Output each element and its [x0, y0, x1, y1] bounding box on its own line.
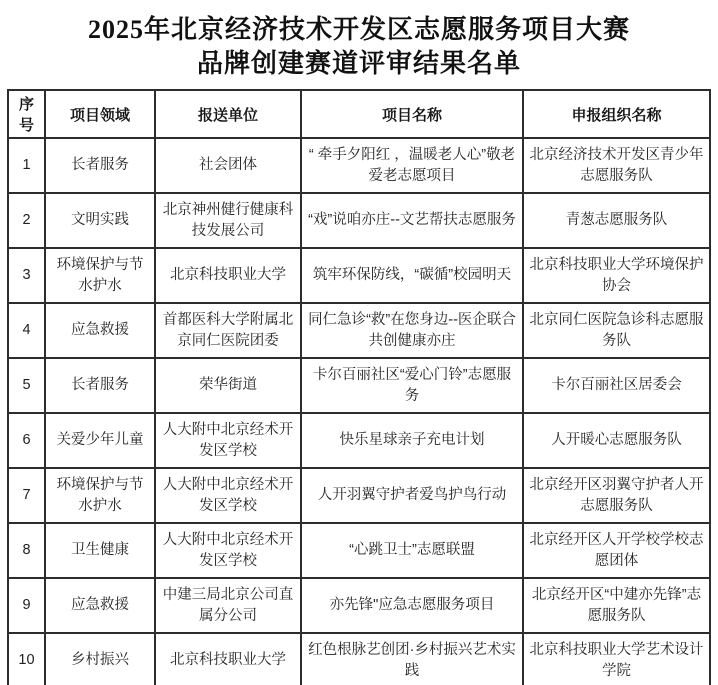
cell-submitting-unit: 北京科技职业大学 — [155, 633, 301, 685]
cell-applicant-org-name: 北京经开区“中建亦先锋”志愿服务队 — [523, 578, 710, 633]
cell-serial-number: 8 — [8, 523, 45, 578]
header-applicant-org-name: 申报组织名称 — [523, 90, 710, 138]
cell-serial-number: 5 — [8, 358, 45, 413]
results-table: 序号 项目领域 报送单位 项目名称 申报组织名称 1长者服务社会团体“ 牵手夕阳… — [7, 89, 711, 685]
cell-project-field: 环境保护与节水护水 — [45, 468, 155, 523]
cell-project-field: 应急救援 — [45, 578, 155, 633]
cell-submitting-unit: 人大附中北京经术开发区学校 — [155, 523, 301, 578]
table-row: 3环境保护与节水护水北京科技职业大学筑牢环保防线，“碳循”校园明天北京科技职业大… — [8, 248, 710, 303]
header-submitting-unit: 报送单位 — [155, 90, 301, 138]
cell-applicant-org-name: 青葱志愿服务队 — [523, 193, 710, 248]
cell-applicant-org-name: 北京经开区人开学校学校志愿团体 — [523, 523, 710, 578]
table-row: 4应急救援首都医科大学附属北京同仁医院团委同仁急诊“救”在您身边--医企联合 共… — [8, 303, 710, 358]
cell-project-field: 关爱少年儿童 — [45, 413, 155, 468]
table-body: 1长者服务社会团体“ 牵手夕阳红 ，温暖老人心”敬老爱老志愿项目北京经济技术开发… — [8, 138, 710, 685]
cell-serial-number: 6 — [8, 413, 45, 468]
cell-applicant-org-name: 北京科技职业大学环境保护协会 — [523, 248, 710, 303]
cell-applicant-org-name: 北京同仁医院急诊科志愿服务队 — [523, 303, 710, 358]
cell-project-field: 环境保护与节水护水 — [45, 248, 155, 303]
cell-project-name: 同仁急诊“救”在您身边--医企联合 共创健康亦庄 — [301, 303, 523, 358]
cell-project-name: 亦先锋"应急志愿服务项目 — [301, 578, 523, 633]
cell-project-name: “心跳卫士”志愿联盟 — [301, 523, 523, 578]
cell-serial-number: 9 — [8, 578, 45, 633]
header-serial-number: 序号 — [8, 90, 45, 138]
cell-applicant-org-name: 北京经济技术开发区青少年志愿服务队 — [523, 138, 710, 193]
table-row: 10乡村振兴北京科技职业大学红色根脉艺创团·乡村振兴艺术实践北京科技职业大学艺术… — [8, 633, 710, 685]
table-header-row: 序号 项目领域 报送单位 项目名称 申报组织名称 — [8, 90, 710, 138]
cell-project-field: 文明实践 — [45, 193, 155, 248]
header-project-field: 项目领域 — [45, 90, 155, 138]
cell-serial-number: 3 — [8, 248, 45, 303]
cell-submitting-unit: 荣华街道 — [155, 358, 301, 413]
cell-applicant-org-name: 人开暖心志愿服务队 — [523, 413, 710, 468]
cell-submitting-unit: 首都医科大学附属北京同仁医院团委 — [155, 303, 301, 358]
cell-applicant-org-name: 卡尔百丽社区居委会 — [523, 358, 710, 413]
cell-submitting-unit: 人大附中北京经术开发区学校 — [155, 413, 301, 468]
cell-project-name: 人开羽翼守护者爱鸟护鸟行动 — [301, 468, 523, 523]
cell-submitting-unit: 中建三局北京公司直属分公司 — [155, 578, 301, 633]
cell-applicant-org-name: 北京科技职业大学艺术设计学院 — [523, 633, 710, 685]
cell-project-name: 红色根脉艺创团·乡村振兴艺术实践 — [301, 633, 523, 685]
table-row: 2文明实践北京神州健行健康科技发展公司“戏”说咱亦庄--文艺帮扶志愿服务青葱志愿… — [8, 193, 710, 248]
cell-serial-number: 2 — [8, 193, 45, 248]
table-row: 1长者服务社会团体“ 牵手夕阳红 ，温暖老人心”敬老爱老志愿项目北京经济技术开发… — [8, 138, 710, 193]
cell-serial-number: 7 — [8, 468, 45, 523]
cell-serial-number: 1 — [8, 138, 45, 193]
cell-project-name: 快乐星球亲子充电计划 — [301, 413, 523, 468]
cell-serial-number: 10 — [8, 633, 45, 685]
cell-submitting-unit: 北京神州健行健康科技发展公司 — [155, 193, 301, 248]
cell-project-name: 筑牢环保防线，“碳循”校园明天 — [301, 248, 523, 303]
cell-project-field: 乡村振兴 — [45, 633, 155, 685]
table-row: 8卫生健康人大附中北京经术开发区学校“心跳卫士”志愿联盟北京经开区人开学校学校志… — [8, 523, 710, 578]
table-row: 5长者服务荣华街道卡尔百丽社区“爱心门铃”志愿服务卡尔百丽社区居委会 — [8, 358, 710, 413]
cell-applicant-org-name: 北京经开区羽翼守护者人开志愿服务队 — [523, 468, 710, 523]
table-row: 9应急救援中建三局北京公司直属分公司亦先锋"应急志愿服务项目北京经开区“中建亦先… — [8, 578, 710, 633]
cell-project-field: 长者服务 — [45, 138, 155, 193]
cell-project-field: 应急救援 — [45, 303, 155, 358]
header-project-name: 项目名称 — [301, 90, 523, 138]
table-row: 6关爱少年儿童人大附中北京经术开发区学校快乐星球亲子充电计划人开暖心志愿服务队 — [8, 413, 710, 468]
title-line-2: 品牌创建赛道评审结果名单 — [0, 47, 718, 81]
cell-submitting-unit: 北京科技职业大学 — [155, 248, 301, 303]
cell-project-field: 长者服务 — [45, 358, 155, 413]
title-line-1: 2025年北京经济技术开发区志愿服务项目大赛 — [0, 13, 718, 47]
document-title: 2025年北京经济技术开发区志愿服务项目大赛 品牌创建赛道评审结果名单 — [0, 0, 718, 81]
table-row: 7环境保护与节水护水人大附中北京经术开发区学校人开羽翼守护者爱鸟护鸟行动北京经开… — [8, 468, 710, 523]
cell-submitting-unit: 人大附中北京经术开发区学校 — [155, 468, 301, 523]
cell-project-name: “ 牵手夕阳红 ，温暖老人心”敬老爱老志愿项目 — [301, 138, 523, 193]
cell-project-field: 卫生健康 — [45, 523, 155, 578]
document-page: 2025年北京经济技术开发区志愿服务项目大赛 品牌创建赛道评审结果名单 序号 项… — [0, 0, 718, 685]
cell-serial-number: 4 — [8, 303, 45, 358]
cell-project-name: “戏”说咱亦庄--文艺帮扶志愿服务 — [301, 193, 523, 248]
cell-submitting-unit: 社会团体 — [155, 138, 301, 193]
cell-project-name: 卡尔百丽社区“爱心门铃”志愿服务 — [301, 358, 523, 413]
